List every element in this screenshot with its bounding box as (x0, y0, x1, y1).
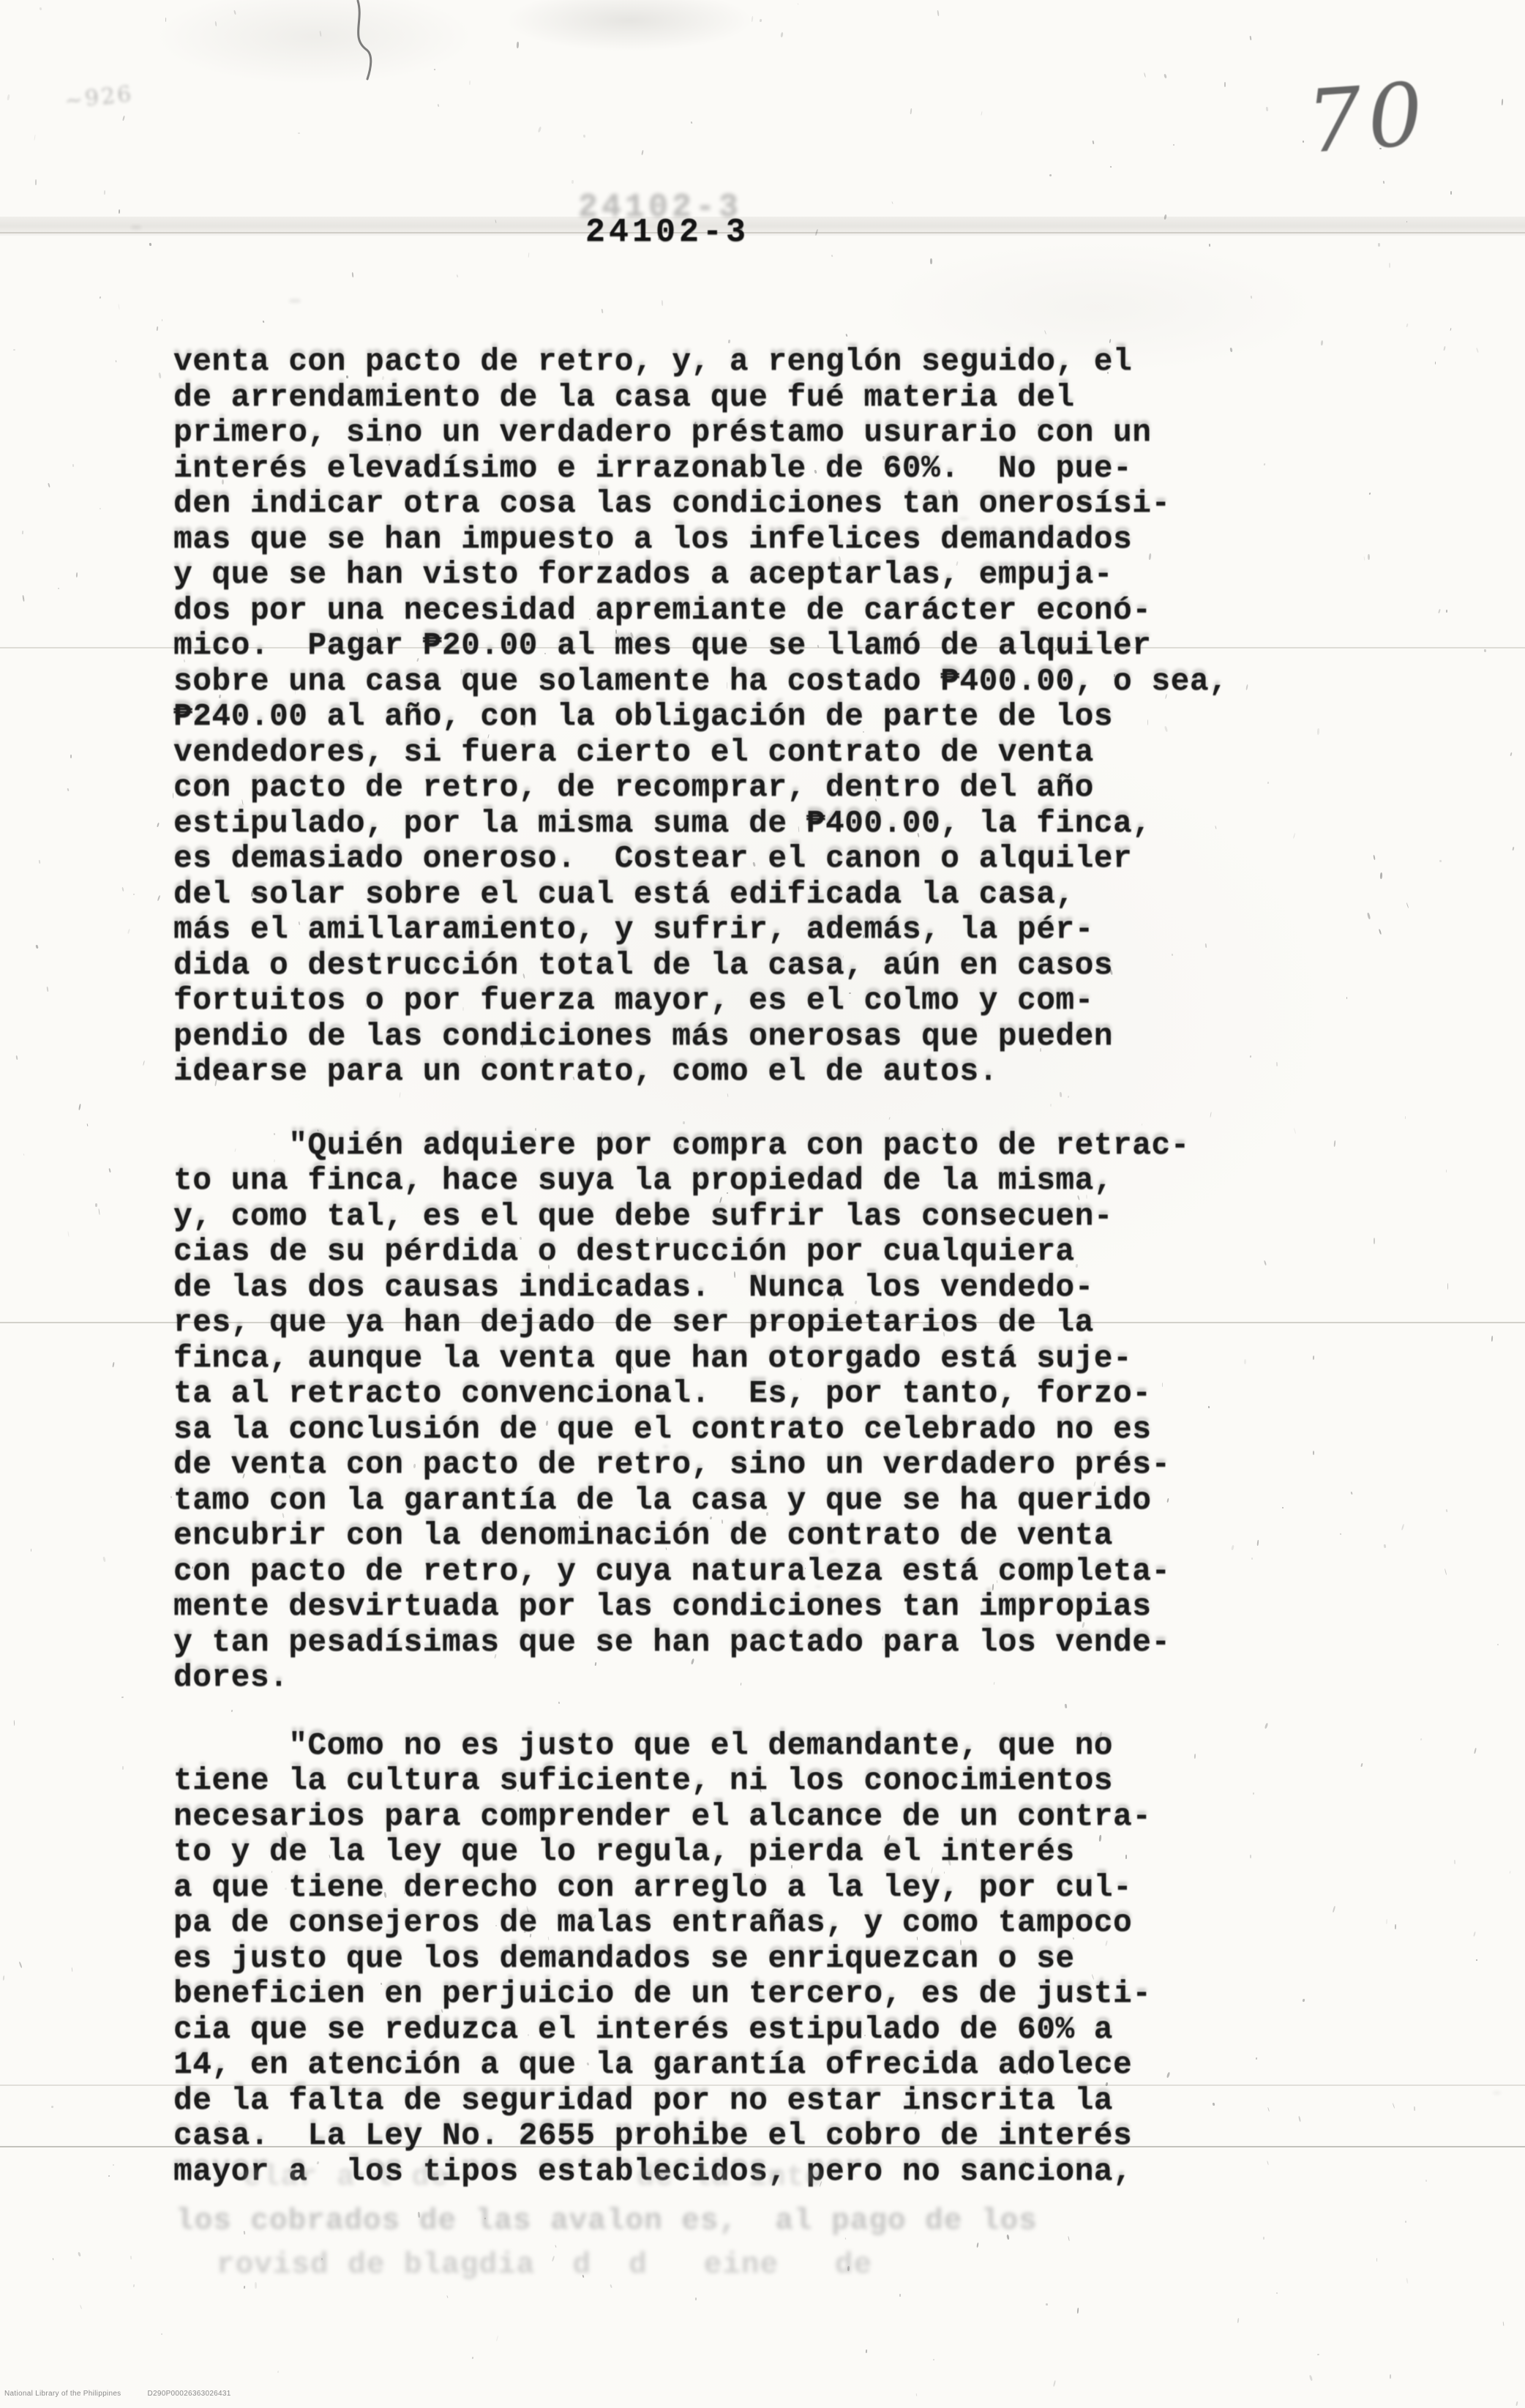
scan-id: D290P00026363026431 (147, 2390, 231, 2398)
paragraph: "Quién adquiere por compra con pacto de … (173, 1128, 1228, 1696)
library-watermark: National Library of the Philippines (4, 2390, 121, 2398)
bleed-through-line: los cobrados de las avalon es, al pago d… (176, 2205, 1038, 2238)
scan-artifact-line (0, 232, 1525, 233)
scanned-document-page: ~926 70 24102-3 24102-3 venta con pacto … (0, 0, 1525, 2408)
bleed-through-line: rovisd de blagdia d d eine de (217, 2248, 872, 2282)
scan-footer: National Library of the Philippines D290… (4, 2390, 231, 2398)
pen-scratch-mark (333, 0, 399, 84)
case-number: 24102-3 (585, 214, 749, 251)
corner-smudge-mark: ~926 (63, 81, 135, 114)
scan-artifact-band (0, 217, 1525, 236)
document-body: venta con pacto de retro, y, a renglón s… (173, 344, 1228, 2189)
paragraph: "Como no es justo que el demandante, que… (173, 1728, 1228, 2190)
paragraph: venta con pacto de retro, y, a renglón s… (173, 344, 1228, 1090)
bleed-through-line: elar a l de de la inte (243, 2161, 824, 2194)
handwritten-page-number: 70 (1303, 63, 1431, 172)
